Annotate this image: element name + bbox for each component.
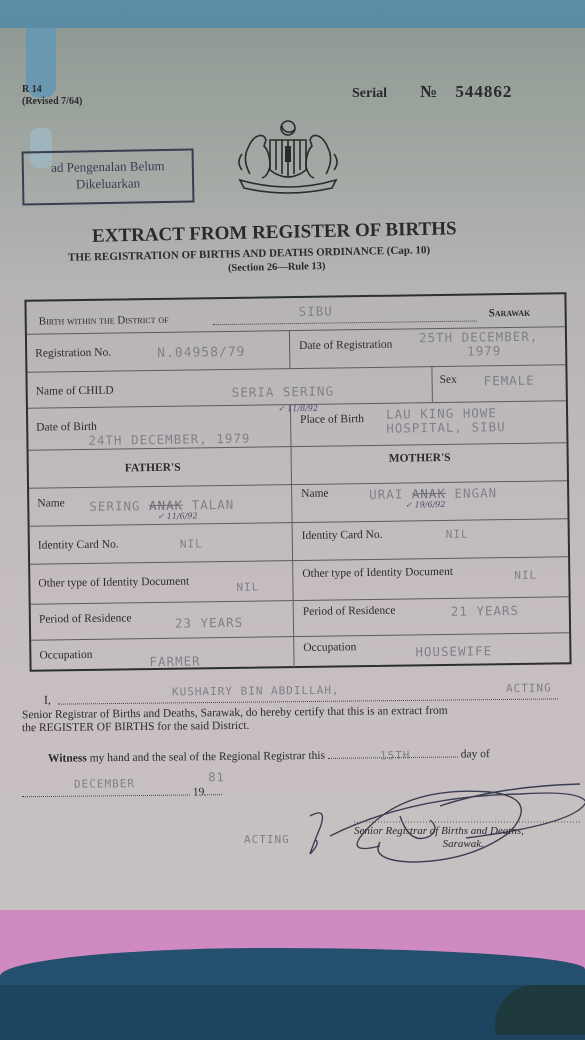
father-name-label: Name: [37, 497, 65, 509]
mother-header: MOTHER'S: [389, 452, 451, 465]
registration-no-value: N.04958/79: [157, 345, 245, 361]
serial-number-value: 544862: [455, 82, 512, 101]
day-value: 15TH: [380, 749, 411, 762]
father-ic-value: NIL: [180, 537, 203, 550]
dob-value: 24TH DECEMBER, 1979: [88, 431, 250, 448]
mother-occupation-label: Occupation: [303, 641, 356, 654]
serial-label: Serial: [352, 86, 387, 102]
pob-annotation: ✓ 11/8/92: [278, 404, 318, 414]
signature-caption: Senior Registrar of Births and Deaths, S…: [354, 825, 524, 851]
cert-prefix: I,: [44, 693, 51, 707]
year-prefix: 19: [193, 786, 205, 798]
mother-residence-value: 21 YEARS: [451, 603, 519, 619]
pob-label: Place of Birth: [300, 413, 364, 426]
witness-text: my hand and the seal of the Regional Reg…: [90, 750, 325, 764]
district-dotted-line: [213, 320, 477, 325]
mother-ic-label: Identity Card No.: [302, 529, 383, 542]
father-residence-label: Period of Residence: [39, 612, 132, 625]
day-suffix: day of: [461, 748, 490, 760]
mother-name-label: Name: [301, 488, 329, 500]
form-code: R 14 (Revised 7/64): [22, 84, 82, 108]
document-section: (Section 26—Rule 13): [228, 261, 326, 274]
date-line: DECEMBER 1981: [22, 782, 262, 801]
identity-stamp: ad Pengenalan Belum Dikeluarkan: [22, 149, 195, 206]
child-name-value: SERIA SERING: [232, 383, 335, 399]
registration-no-label: Registration No.: [35, 347, 111, 360]
serial-number: № 544862: [420, 82, 512, 102]
witness-prefix: Witness: [48, 752, 87, 764]
father-occupation-value: FARMER: [149, 653, 200, 669]
father-last-name: TALAN: [192, 497, 235, 513]
serial-no-symbol: №: [420, 82, 438, 101]
birth-register-form: Birth within the District of SIBU Sarawa…: [24, 292, 571, 672]
year-dotted-line: 81: [204, 782, 222, 795]
father-first-name: SERING: [89, 498, 140, 514]
registrar-signature-icon: [290, 776, 585, 866]
sex-label: Sex: [440, 374, 457, 386]
sex-value: FEMALE: [484, 373, 535, 389]
state-label: Sarawak: [489, 307, 531, 320]
form-code-number: R 14: [22, 84, 82, 96]
district-label: Birth within the District of: [39, 314, 169, 328]
acting-title: ACTING: [506, 681, 552, 694]
month-value: DECEMBER: [74, 777, 135, 791]
father-occupation-label: Occupation: [39, 649, 92, 662]
mother-first-name: URAI: [369, 487, 403, 502]
signature-caption-line-1: Senior Registrar of Births and Deaths,: [354, 825, 524, 838]
registrar-name: KUSHAIRY BIN ABDILLAH,: [172, 684, 340, 699]
mother-residence-label: Period of Residence: [303, 605, 396, 618]
mother-ic-value: NIL: [446, 528, 469, 541]
district-value: SIBU: [299, 303, 333, 318]
mother-other-id-value: NIL: [514, 569, 537, 582]
father-residence-value: 23 YEARS: [175, 615, 243, 631]
month-dotted-line: DECEMBER: [22, 782, 190, 797]
mother-annotation: ✓ 19/6/92: [405, 500, 445, 510]
father-other-id-value: NIL: [236, 581, 259, 594]
day-dotted-line: 15TH: [328, 756, 458, 758]
mother-occupation-value: HOUSEWIFE: [415, 643, 492, 659]
year-value: 81: [208, 770, 225, 784]
registration-date-label: Date of Registration: [299, 339, 392, 352]
coat-of-arms-icon: [232, 114, 344, 202]
registration-date-line2: 1979: [467, 343, 501, 358]
father-ic-label: Identity Card No.: [38, 539, 119, 552]
father-annotation: ✓ 11/6/92: [157, 511, 197, 521]
certification-line-3: the REGISTER OF BIRTHS for the said Dist…: [22, 720, 250, 734]
signature-caption-line-2: Sarawak.: [354, 838, 524, 851]
child-name-label: Name of CHILD: [36, 385, 114, 398]
acting-stamp: ACTING: [244, 833, 290, 846]
father-header: FATHER'S: [125, 462, 181, 475]
mother-last-name: ENGAN: [454, 485, 497, 501]
dob-label: Date of Birth: [36, 421, 97, 434]
form-revision: (Revised 7/64): [22, 96, 82, 108]
father-other-id-label: Other type of Identity Document: [38, 576, 189, 590]
pob-line2: HOSPITAL, SIBU: [386, 419, 506, 436]
stamp-line-2: Dikeluarkan: [24, 174, 192, 194]
mother-other-id-label: Other type of Identity Document: [302, 566, 453, 580]
